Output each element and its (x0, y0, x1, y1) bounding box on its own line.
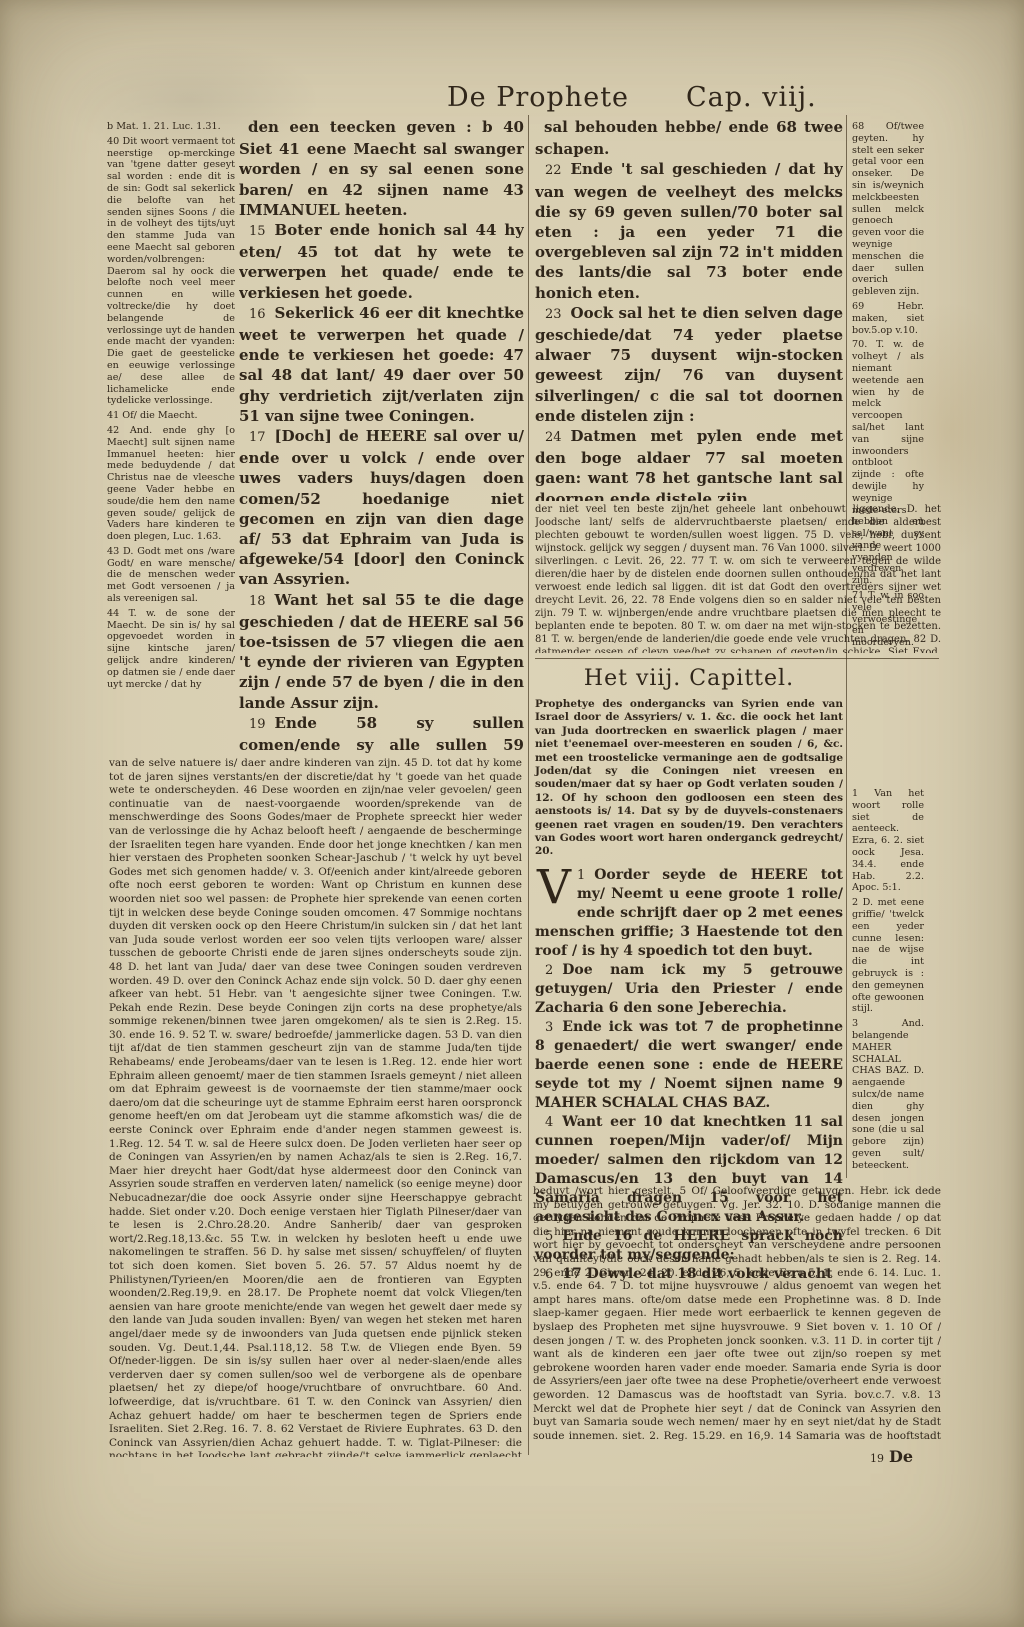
verse-text: Doe nam ick my 5 getrouwe getuygen/ Uria… (535, 962, 843, 1016)
verse-paragraph: 17[Doch] de HEERE sal over u/ ende over … (239, 426, 524, 590)
book-page: De Prophete Cap. viij. b Mat. 1. 21. Luc… (0, 0, 1024, 1627)
chapter-number-label: Cap. viij. (686, 82, 817, 113)
margin-note: 70. T. w. de volheyt / als niemant weete… (852, 339, 924, 587)
verse-text: Ende 58 sy sullen comen/ende sy alle sul… (239, 714, 524, 757)
drop-cap-initial: V (537, 868, 571, 908)
annotations-bottom-left: van de selve natuere is/ daer andre kind… (109, 757, 522, 1457)
column-divider-rule (528, 115, 529, 1455)
page-footer: 19De (870, 1447, 913, 1466)
verse-text: sal behouden hebbe/ ende 68 twee schapen… (535, 118, 843, 158)
verse-number: 19 (249, 717, 266, 732)
verse-text: Datmen met pylen ende met den boge aldae… (535, 427, 843, 501)
margin-note: 4 De sin is/De Coninck van Assyrien sal … (852, 1175, 924, 1177)
verse-paragraph: 1VOorder seyde de HEERE tot my/ Neemt u … (535, 866, 843, 961)
verse-text: Ende ick was tot 7 de prophetinne 8 gena… (535, 1019, 843, 1111)
verse-text: Ende 't sal geschieden / dat hy van wege… (535, 160, 843, 301)
chapter-heading: Het viij. Capittel. (535, 666, 843, 691)
verse-number: 1 (577, 868, 585, 883)
right-margin-notes: 68 Of/twee geyten. hy stelt een seker ge… (852, 121, 924, 651)
verse-number: 24 (545, 430, 562, 445)
catchword: De (889, 1447, 913, 1466)
verse-paragraph: 23Oock sal het te dien selven dage gesch… (535, 303, 843, 426)
verse-paragraph: den een teecken geven : b 40 Siet 41 een… (239, 117, 524, 220)
verse-number: 18 (249, 594, 266, 609)
verse-paragraph: sal behouden hebbe/ ende 68 twee schapen… (535, 117, 843, 159)
signature-mark: 19 (870, 1452, 884, 1465)
verse-number: 22 (545, 163, 562, 178)
margin-note: 1 Van het woort rolle siet de aenteeck. … (852, 788, 924, 894)
margin-note: 2 D. met eene griffie/ 'twelck een yeder… (852, 897, 924, 1015)
verse-text: Want het sal 55 te die dage geschieden /… (239, 591, 524, 712)
margin-note: b Mat. 1. 21. Luc. 1.31. (107, 121, 235, 133)
verse-paragraph: 22Ende 't sal geschieden / dat hy van we… (535, 159, 843, 302)
verse-paragraph: 24Datmen met pylen ende met den boge ald… (535, 426, 843, 501)
verse-text: Boter ende honich sal 44 hy eten/ 45 tot… (239, 221, 524, 302)
verse-text: Oock sal het te dien selven dage geschie… (535, 304, 843, 425)
margin-note: 42 And. ende ghy [o Maecht] sult sijnen … (107, 425, 235, 543)
verse-number: 2 (545, 963, 553, 978)
annotations-bottom-right: beduyt /wort hier gestelt. 5 Of/ Geloofw… (533, 1185, 941, 1443)
verse-paragraph: 2Doe nam ick my 5 getrouwe getuygen/ Uri… (535, 961, 843, 1018)
margin-note: 41 Of/ die Maecht. (107, 410, 235, 422)
margin-note: 44 T. w. de sone der Maecht. De sin is/ … (107, 608, 235, 691)
running-title: De Prophete (447, 82, 629, 113)
verse-number: 23 (545, 307, 562, 322)
verse-paragraph: 3Ende ick was tot 7 de prophetinne 8 gen… (535, 1018, 843, 1113)
verse-paragraph: 16Sekerlick 46 eer dit knechtke weet te … (239, 303, 524, 426)
verse-number: 4 (545, 1115, 553, 1130)
right-margin-chapter-notes: 1 Van het woort rolle siet de aenteeck. … (852, 788, 924, 1176)
margin-note: 40 Dit woort vermaent tot neerstige op-m… (107, 136, 235, 407)
verse-number: 3 (545, 1020, 553, 1035)
section-rule (535, 658, 939, 659)
margin-note: 71 T. w. in soo vele verwoestinge en moo… (852, 590, 924, 649)
verse-paragraph: 15Boter ende honich sal 44 hy eten/ 45 t… (239, 220, 524, 303)
verse-text: [Doch] de HEERE sal over u/ ende over u … (239, 427, 524, 588)
verse-paragraph: 18Want het sal 55 te die dage geschieden… (239, 590, 524, 713)
verse-text: den een teecken geven : b 40 Siet 41 een… (239, 118, 524, 219)
margin-note: 3 And. belangende MAHER SCHALAL CHAS BAZ… (852, 1018, 924, 1171)
margin-note: 68 Of/twee geyten. hy stelt een seker ge… (852, 121, 924, 298)
main-column-right: sal behouden hebbe/ ende 68 twee schapen… (535, 117, 843, 501)
chapter-summary: Prophetye des ondergancks van Syrien end… (535, 698, 843, 859)
verse-paragraph: 19Ende 58 sy sullen comen/ende sy alle s… (239, 713, 524, 757)
verse-number: 17 (249, 430, 266, 445)
main-column-left: den een teecken geven : b 40 Siet 41 een… (239, 117, 524, 757)
margin-note: 43 D. Godt met ons /ware Godt/ en ware m… (107, 546, 235, 605)
margin-note: 69 Hebr. maken, siet bov.5.op v.10. (852, 301, 924, 336)
verse-text: Sekerlick 46 eer dit knechtke weet te ve… (239, 304, 524, 425)
verse-number: 15 (249, 224, 266, 239)
left-margin-notes: b Mat. 1. 21. Luc. 1.31. 40 Dit woort ve… (107, 121, 235, 757)
verse-number: 16 (249, 307, 266, 322)
